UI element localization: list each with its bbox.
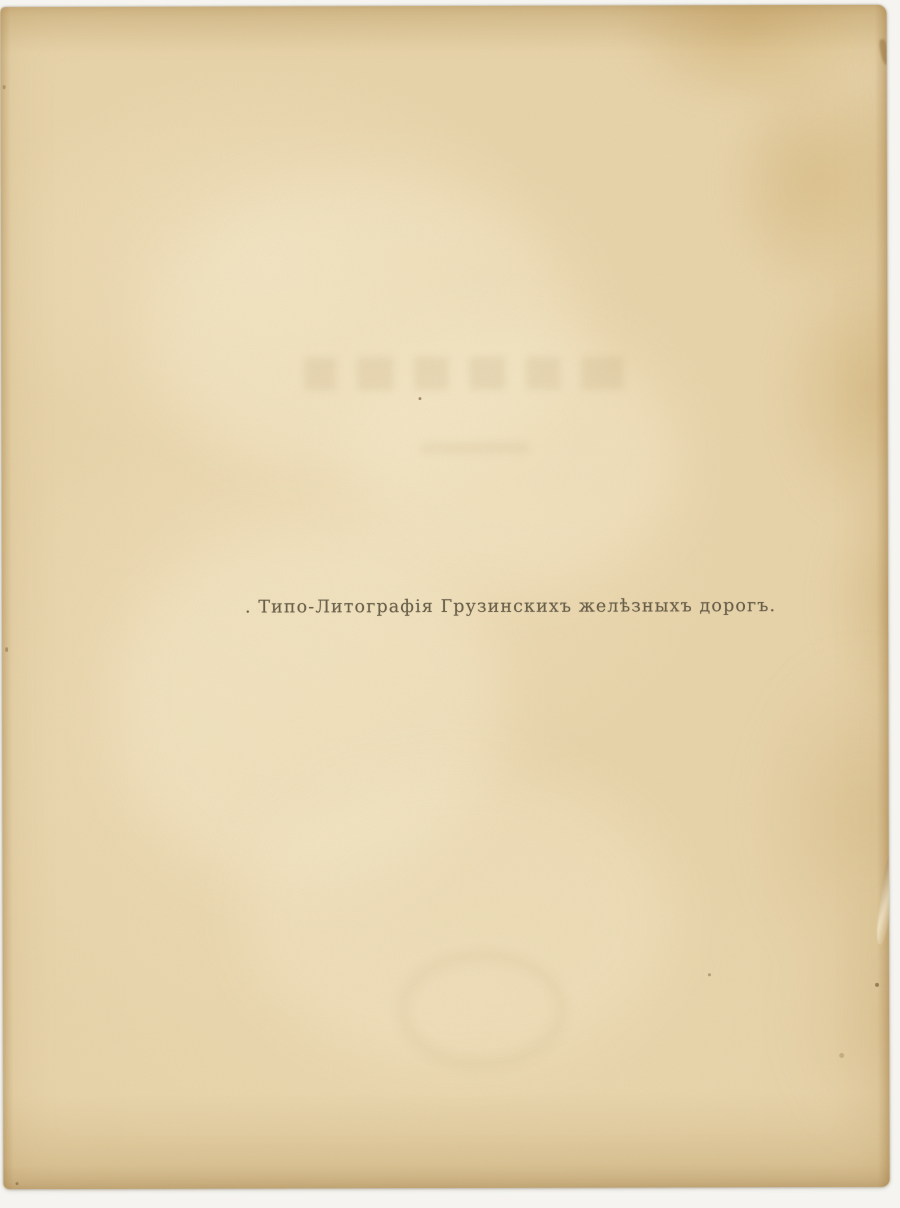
paper-discoloration: [351, 325, 682, 586]
paper-speck: [708, 973, 711, 976]
paper-speck: [875, 983, 879, 987]
paper-speck: [16, 1182, 19, 1185]
scan-canvas: { "document": { "imprint_line": ". Типо-…: [0, 0, 900, 1208]
paper-speck: [5, 647, 8, 652]
paper-speck: [3, 85, 6, 89]
paper-speck: [418, 397, 421, 400]
paper-discoloration: [242, 765, 673, 1066]
left-edge-shadow: [0, 7, 13, 1189]
bottom-edge-shadow: [3, 1092, 889, 1189]
scanned-page: . Типо-Литографія Грузинскихъ желѣзныхъ …: [0, 5, 889, 1189]
right-edge-shadow: [874, 5, 889, 1187]
water-stain-bottom-right: [658, 557, 890, 1138]
top-edge-shadow: [0, 5, 886, 53]
imprint-text: . Типо-Литографія Грузинскихъ желѣзныхъ …: [245, 595, 776, 618]
paper-speck: [839, 1053, 844, 1058]
